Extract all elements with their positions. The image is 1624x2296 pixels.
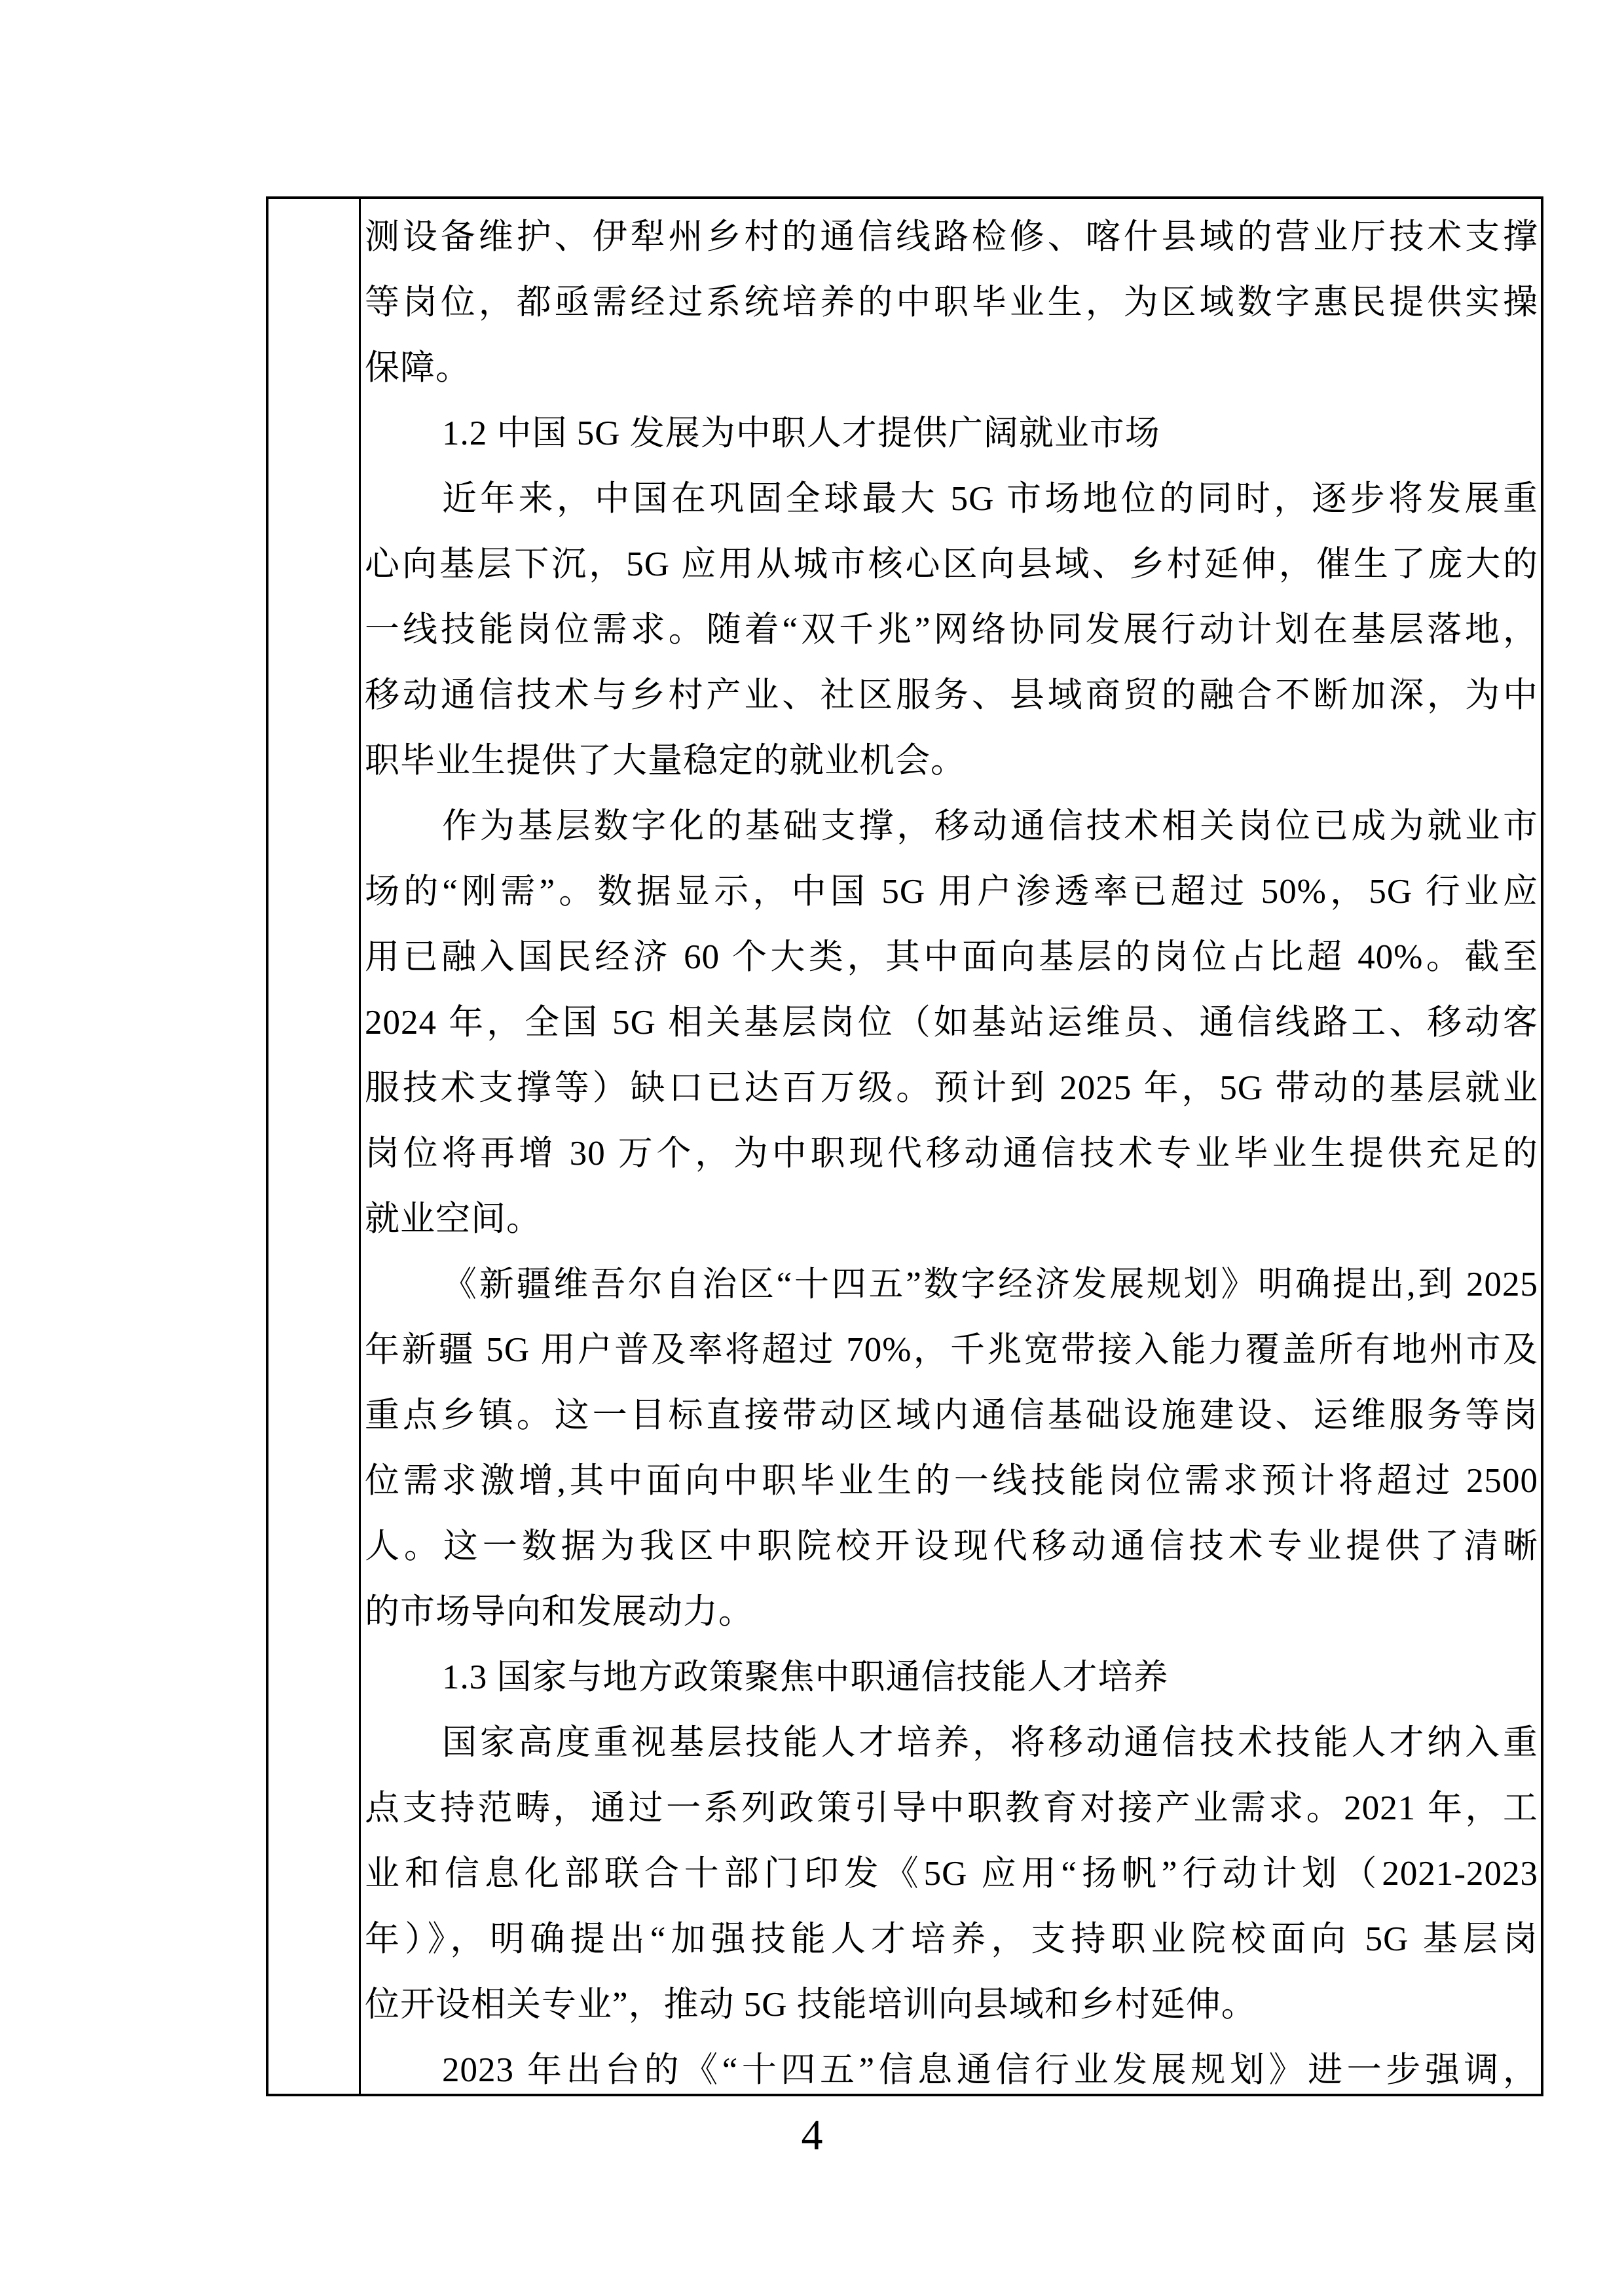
- text-line: 的市场导向和发展动力。: [365, 1579, 1538, 1645]
- text-line: 位需求激增,其中面向中职毕业生的一线技能岗位需求预计将超过 2500: [365, 1448, 1538, 1514]
- text-line: 等岗位，都亟需经过系统培养的中职毕业生，为区域数字惠民提供实操: [365, 270, 1538, 335]
- text-line: 服技术支撑等）缺口已达百万级。预计到 2025 年，5G 带动的基层就业: [365, 1055, 1538, 1121]
- label-cell: [268, 199, 361, 2094]
- page: 测设备维护、伊犁州乡村的通信线路检修、喀什县域的营业厅技术支撑等岗位，都亟需经过…: [0, 0, 1624, 2296]
- text-line: 国家高度重视基层技能人才培养，将移动通信技术技能人才纳入重: [365, 1710, 1538, 1776]
- form-table: 测设备维护、伊犁州乡村的通信线路检修、喀什县域的营业厅技术支撑等岗位，都亟需经过…: [266, 196, 1543, 2096]
- text-line: 2024 年，全国 5G 相关基层岗位（如基站运维员、通信线路工、移动客: [365, 990, 1538, 1055]
- text-line: 就业空间。: [365, 1186, 1538, 1252]
- text-line: 作为基层数字化的基础支撑，移动通信技术相关岗位已成为就业市: [365, 793, 1538, 859]
- text-line: 移动通信技术与乡村产业、社区服务、县域商贸的融合不断加深，为中: [365, 663, 1538, 728]
- text-line: 心向基层下沉，5G 应用从城市核心区向县域、乡村延伸，催生了庞大的: [365, 532, 1538, 597]
- text-line: 人。这一数据为我区中职院校开设现代移动通信技术专业提供了清晰: [365, 1514, 1538, 1579]
- text-line: 业和信息化部联合十部门印发《5G 应用“扬帆”行动计划（2021-2023: [365, 1841, 1538, 1906]
- text-line: 重点乡镇。这一目标直接带动区域内通信基础设施建设、运维服务等岗: [365, 1383, 1538, 1448]
- text-line: 一线技能岗位需求。随着“双千兆”网络协同发展行动计划在基层落地，: [365, 597, 1538, 663]
- text-line: 年新疆 5G 用户普及率将超过 70%，千兆宽带接入能力覆盖所有地州市及: [365, 1317, 1538, 1383]
- text-line: 职毕业生提供了大量稳定的就业机会。: [365, 728, 1538, 793]
- text-line: 测设备维护、伊犁州乡村的通信线路检修、喀什县域的营业厅技术支撑: [365, 204, 1538, 270]
- text-line: 2023 年出台的《“十四五”信息通信行业发展规划》进一步强调，: [365, 2037, 1538, 2094]
- text-line: 岗位将再增 30 万个，为中职现代移动通信技术专业毕业生提供充足的: [365, 1121, 1538, 1186]
- text-line: 保障。: [365, 335, 1538, 401]
- text-line: 位开设相关专业”，推动 5G 技能培训向县域和乡村延伸。: [365, 1972, 1538, 2037]
- text-line: 场的“刚需”。数据显示，中国 5G 用户渗透率已超过 50%，5G 行业应: [365, 859, 1538, 924]
- text-line: 用已融入国民经济 60 个大类，其中面向基层的岗位占比超 40%。截至: [365, 924, 1538, 990]
- page-number: 4: [0, 2103, 1624, 2168]
- content-cell: 测设备维护、伊犁州乡村的通信线路检修、喀什县域的营业厅技术支撑等岗位，都亟需经过…: [361, 199, 1541, 2094]
- text-line: 近年来，中国在巩固全球最大 5G 市场地位的同时，逐步将发展重: [365, 466, 1538, 532]
- text-line: 点支持范畴，通过一系列政策引导中职教育对接产业需求。2021 年，工: [365, 1776, 1538, 1841]
- text-line: 1.2 中国 5G 发展为中职人才提供广阔就业市场: [365, 401, 1538, 466]
- text-line: 《新疆维吾尔自治区“十四五”数字经济发展规划》明确提出,到 2025: [365, 1252, 1538, 1317]
- text-line: 1.3 国家与地方政策聚焦中职通信技能人才培养: [365, 1645, 1538, 1710]
- text-line: 年）》，明确提出“加强技能人才培养，支持职业院校面向 5G 基层岗: [365, 1906, 1538, 1972]
